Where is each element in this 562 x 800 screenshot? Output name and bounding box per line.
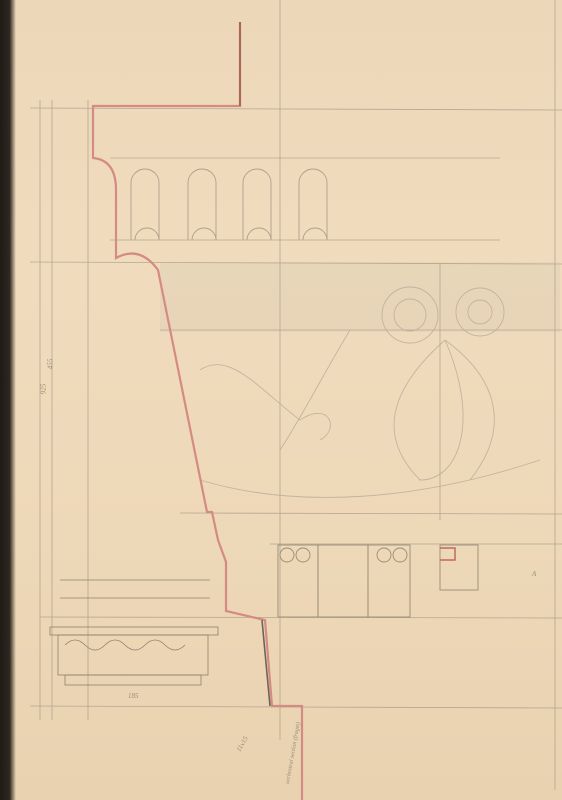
dimension-label: 455 <box>46 359 54 370</box>
dimension-label: 925 <box>39 384 47 395</box>
dimension-label: 185 <box>128 692 139 700</box>
cornice-drawing <box>0 0 562 800</box>
drawing-sheet: 925 455 11x15 orchestral section (fragm)… <box>0 0 562 800</box>
annotation: A <box>532 570 536 578</box>
